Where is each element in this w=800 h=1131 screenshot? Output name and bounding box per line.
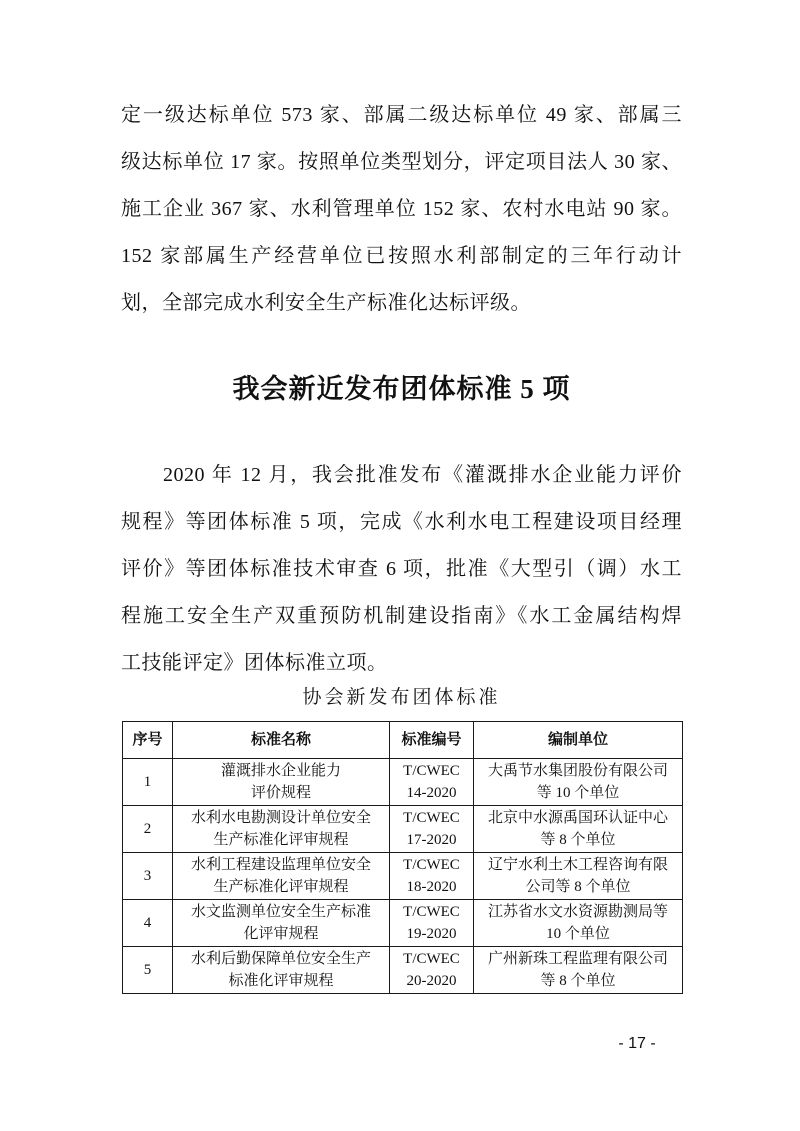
body-paragraph-2: 2020 年 12 月，我会批准发布《灌溉排水企业能力评价 规程》等团体标准 5… [121,452,682,687]
table-cell-org: 辽宁水利土木工程咨询有限 公司等 8 个单位 [474,853,683,900]
table-cell-no: 1 [123,759,173,806]
table-cell-name: 水文监测单位安全生产标准 化评审规程 [173,900,390,947]
table-row: 4 水文监测单位安全生产标准 化评审规程 T/CWEC 19-2020 江苏省水… [123,900,683,947]
table-cell-no: 5 [123,947,173,994]
paragraph-line: 152 家部属生产经营单位已按照水利部制定的三年行动计 [121,233,682,280]
table-cell-name: 水利工程建设监理单位安全 生产标准化评审规程 [173,853,390,900]
table-cell-org: 大禹节水集团股份有限公司 等 10 个单位 [474,759,683,806]
table-row: 1 灌溉排水企业能力 评价规程 T/CWEC 14-2020 大禹节水集团股份有… [123,759,683,806]
page-number: - 17 - [592,1032,682,1056]
table-cell-org: 广州新珠工程监理有限公司 等 8 个单位 [474,947,683,994]
table-cell-org: 北京中水源禹国环认证中心 等 8 个单位 [474,806,683,853]
table-cell-no: 3 [123,853,173,900]
paragraph-line: 程施工安全生产双重预防机制建设指南》《水工金属结构焊 [121,593,682,640]
document-page: 定一级达标单位 573 家、部属二级达标单位 49 家、部属三 级达标单位 17… [0,0,800,1131]
table-cell-code: T/CWEC 19-2020 [390,900,474,947]
table-header-cell-org: 编制单位 [474,722,683,759]
paragraph-line: 工技能评定》团体标准立项。 [121,640,682,687]
paragraph-line: 2020 年 12 月，我会批准发布《灌溉排水企业能力评价 [121,452,682,499]
section-heading: 我会新近发布团体标准 5 项 [121,366,682,412]
table-cell-code: T/CWEC 20-2020 [390,947,474,994]
table-cell-no: 4 [123,900,173,947]
table-cell-name: 水利水电勘测设计单位安全 生产标准化评审规程 [173,806,390,853]
table-row: 3 水利工程建设监理单位安全 生产标准化评审规程 T/CWEC 18-2020 … [123,853,683,900]
table-cell-code: T/CWEC 14-2020 [390,759,474,806]
table-caption: 协会新发布团体标准 [121,684,682,712]
table-row: 2 水利水电勘测设计单位安全 生产标准化评审规程 T/CWEC 17-2020 … [123,806,683,853]
table-header-cell-name: 标准名称 [173,722,390,759]
paragraph-line: 定一级达标单位 573 家、部属二级达标单位 49 家、部属三 [121,92,682,139]
paragraph-line: 划，全部完成水利安全生产标准化达标评级。 [121,280,682,327]
paragraph-line: 评价》等团体标准技术审查 6 项，批准《大型引（调）水工 [121,546,682,593]
table-cell-org: 江苏省水文水资源勘测局等 10 个单位 [474,900,683,947]
table-cell-code: T/CWEC 17-2020 [390,806,474,853]
table-cell-name: 灌溉排水企业能力 评价规程 [173,759,390,806]
paragraph-line: 施工企业 367 家、水利管理单位 152 家、农村水电站 90 家。 [121,186,682,233]
table-row: 5 水利后勤保障单位安全生产 标准化评审规程 T/CWEC 20-2020 广州… [123,947,683,994]
table-cell-code: T/CWEC 18-2020 [390,853,474,900]
table-header-cell-no: 序号 [123,722,173,759]
standards-table: 序号 标准名称 标准编号 编制单位 1 灌溉排水企业能力 评价规程 T/CWEC… [122,721,683,994]
table-header-row: 序号 标准名称 标准编号 编制单位 [123,722,683,759]
body-paragraph-1: 定一级达标单位 573 家、部属二级达标单位 49 家、部属三 级达标单位 17… [121,92,682,327]
paragraph-line: 级达标单位 17 家。按照单位类型划分，评定项目法人 30 家、 [121,139,682,186]
table-cell-no: 2 [123,806,173,853]
table-header-cell-code: 标准编号 [390,722,474,759]
table-cell-name: 水利后勤保障单位安全生产 标准化评审规程 [173,947,390,994]
paragraph-line: 规程》等团体标准 5 项，完成《水利水电工程建设项目经理 [121,499,682,546]
